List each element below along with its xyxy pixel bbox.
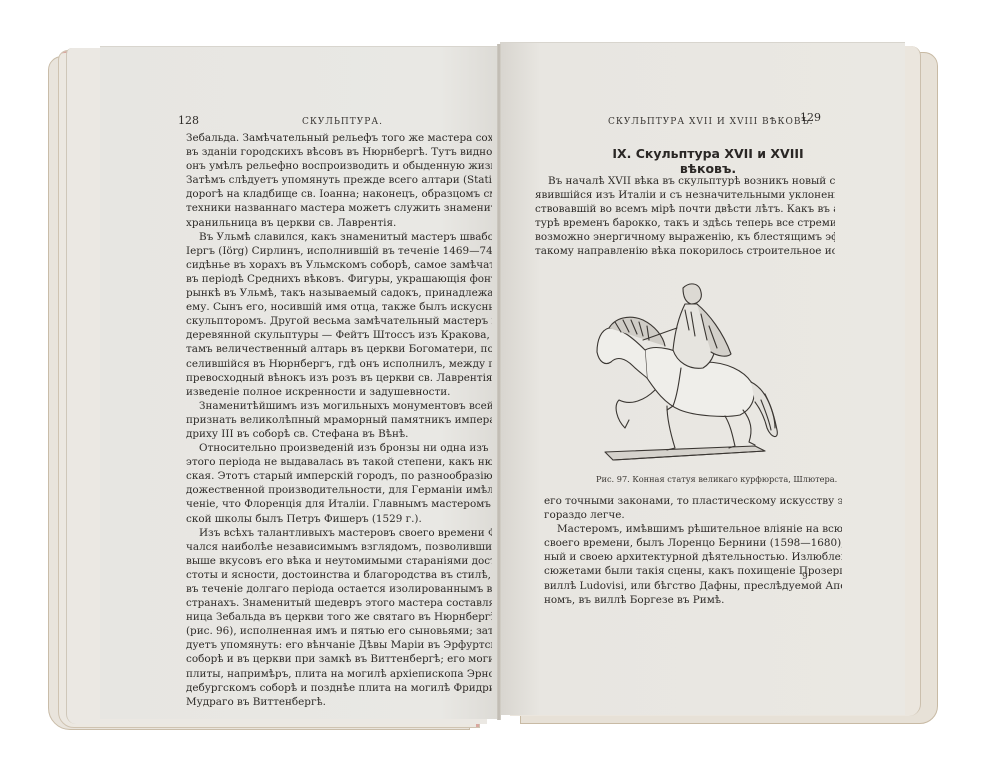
text-line: Относительно произведенiй изъ бронзы ни … (186, 441, 492, 455)
text-line: дебургскомъ соборѣ и позднѣе плита на мо… (186, 681, 492, 695)
text-line: номъ, въ виллѣ Боргезе въ Римѣ. (544, 593, 842, 607)
left-running-head: СКУЛЬПТУРА. (302, 117, 383, 127)
text-line: стоты и ясности, достоинства и благородс… (186, 568, 492, 582)
text-line: явившiйся изъ Италiи и съ незначительным… (535, 188, 835, 202)
right-page-number: 129 (800, 111, 821, 124)
text-line: техники названнаго мастера можетъ служит… (186, 201, 492, 215)
text-line: Въ началѣ XVII вѣка въ скульптурѣ возник… (535, 174, 835, 188)
text-line: онъ умѣлъ рельефно воспроизводить и обыд… (186, 159, 492, 173)
text-line: въ зданiи городскихъ вѣсовъ въ Нюрнбергѣ… (186, 145, 492, 159)
text-line: выше вкусовъ его вѣка и неутомимыми стар… (186, 554, 492, 568)
left-page-number: 128 (178, 114, 199, 127)
text-line: Зебальда. Замѣчательный рельефъ того же … (186, 131, 492, 145)
text-line: этого перiода не выдавалась въ такой сте… (186, 455, 492, 469)
text-line: ный и своею архитектурной дѣятельностью.… (544, 550, 842, 564)
text-line: въ перiодѣ Среднихъ вѣковъ. Фигуры, укра… (186, 272, 492, 286)
signature-mark: 9 (802, 572, 808, 582)
text-line: превосходный вѣнокъ изъ розъ въ церкви с… (186, 371, 492, 385)
text-line: Мудраго въ Виттенбергѣ. (186, 695, 492, 709)
text-line: ская. Этотъ старый имперскiй городъ, по … (186, 469, 492, 483)
right-running-head: СКУЛЬПТУРА XVII И XVIII ВѢКОВЪ. (608, 117, 813, 127)
text-line: изведенiе полное искренности и задушевно… (186, 385, 492, 399)
text-line: Затѣмъ слѣдуетъ упомянуть прежде всего а… (186, 173, 492, 187)
text-line: Въ Ульмѣ славился, какъ знаменитый масте… (186, 230, 492, 244)
text-line: странахъ. Знаменитый шедевръ этого масте… (186, 596, 492, 610)
right-page-body-text-bottom: его точными законами, то пластическому и… (544, 494, 842, 607)
text-line: тамъ величественный алтарь въ церкви Бог… (186, 342, 492, 356)
text-line: Iергъ (Iörg) Сирлинъ, исполнившiй въ теч… (186, 244, 492, 258)
text-line: дриху III въ соборѣ св. Стефана въ Вѣнѣ. (186, 427, 492, 441)
book-gutter (497, 44, 501, 720)
text-line: сюжетами были такiя сцены, какъ похищенi… (544, 564, 842, 578)
equestrian-statue-icon (585, 270, 795, 475)
text-line: дорогѣ на кладбище св. Iоанна; наконецъ,… (186, 187, 492, 201)
left-page-body-text: Зебальда. Замѣчательный рельефъ того же … (186, 131, 492, 709)
text-line: Знаменитѣйшимъ изъ могильныхъ монументов… (186, 399, 492, 413)
text-line: дожественной производительности, для Гер… (186, 483, 492, 497)
text-line: сидѣнье въ хорахъ въ Ульмскомъ соборѣ, с… (186, 258, 492, 272)
text-line: въ теченiе долгаго перiода остается изол… (186, 582, 492, 596)
text-line: селившiйся въ Нюрнбергъ, гдѣ онъ исполни… (186, 357, 492, 371)
text-line: его точными законами, то пластическому и… (544, 494, 842, 508)
text-line: Мастеромъ, имѣвшимъ рѣшительное влiянiе … (544, 522, 842, 536)
right-page-body-text-top: Въ началѣ XVII вѣка въ скульптурѣ возник… (535, 174, 835, 259)
text-line: ница Зебальда въ церкви того же святаго … (186, 610, 492, 624)
text-line: гораздо легче. (544, 508, 842, 522)
text-line: Изъ всѣхъ талантливыхъ мастеровъ своего … (186, 526, 492, 540)
text-line: (рис. 96), исполненная имъ и пятью его с… (186, 624, 492, 638)
open-book: 128 СКУЛЬПТУРА. Зебальда. Замѣчательный … (0, 0, 1000, 759)
text-line: возможно энергичному выраженiю, къ блест… (535, 230, 835, 244)
text-line: ему. Сынъ его, носившiй имя отца, также … (186, 300, 492, 314)
text-line: плиты, напримѣръ, плита на могилѣ архiеп… (186, 667, 492, 681)
text-line: скульпторомъ. Другой весьма замѣчательны… (186, 314, 492, 328)
text-line: рынкѣ въ Ульмѣ, такъ называемый садокъ, … (186, 286, 492, 300)
text-line: виллѣ Ludovisi, или бѣгство Дафны, пресл… (544, 579, 842, 593)
text-line: чался наиболѣе независимымъ взглядомъ, п… (186, 540, 492, 554)
text-line: деревянной скульптуры — Фейтъ Штоссъ изъ… (186, 328, 492, 342)
figure-caption: Рис. 97. Конная статуя великаго курфюрст… (596, 474, 837, 484)
text-line: соборѣ и въ церкви при замкѣ въ Виттенбе… (186, 652, 492, 666)
text-line: хранильница въ церкви св. Лаврентiя. (186, 216, 492, 230)
text-line: ствовавшiй во всемъ мiрѣ почти двѣсти лѣ… (535, 202, 835, 216)
equestrian-statue-figure (585, 270, 795, 475)
text-line: ской школы былъ Петръ Фишеръ (1529 г.). (186, 512, 492, 526)
text-line: ченiе, что Флоренцiя для Италiи. Главным… (186, 497, 492, 511)
text-line: дуетъ упомянуть: его вѣнчанiе Дѣвы Марiи… (186, 638, 492, 652)
text-line: признать великолѣпный мраморный памятник… (186, 413, 492, 427)
text-line: турѣ временъ барокко, такъ и здѣсь тепер… (535, 216, 835, 230)
chapter-title: IX. Скульптура XVII и XVIII вѣковъ. (588, 146, 828, 176)
text-line: своего времени, былъ Лоренцо Бернини (15… (544, 536, 842, 550)
text-line: такому направленiю вѣка покорилось строи… (535, 244, 835, 258)
